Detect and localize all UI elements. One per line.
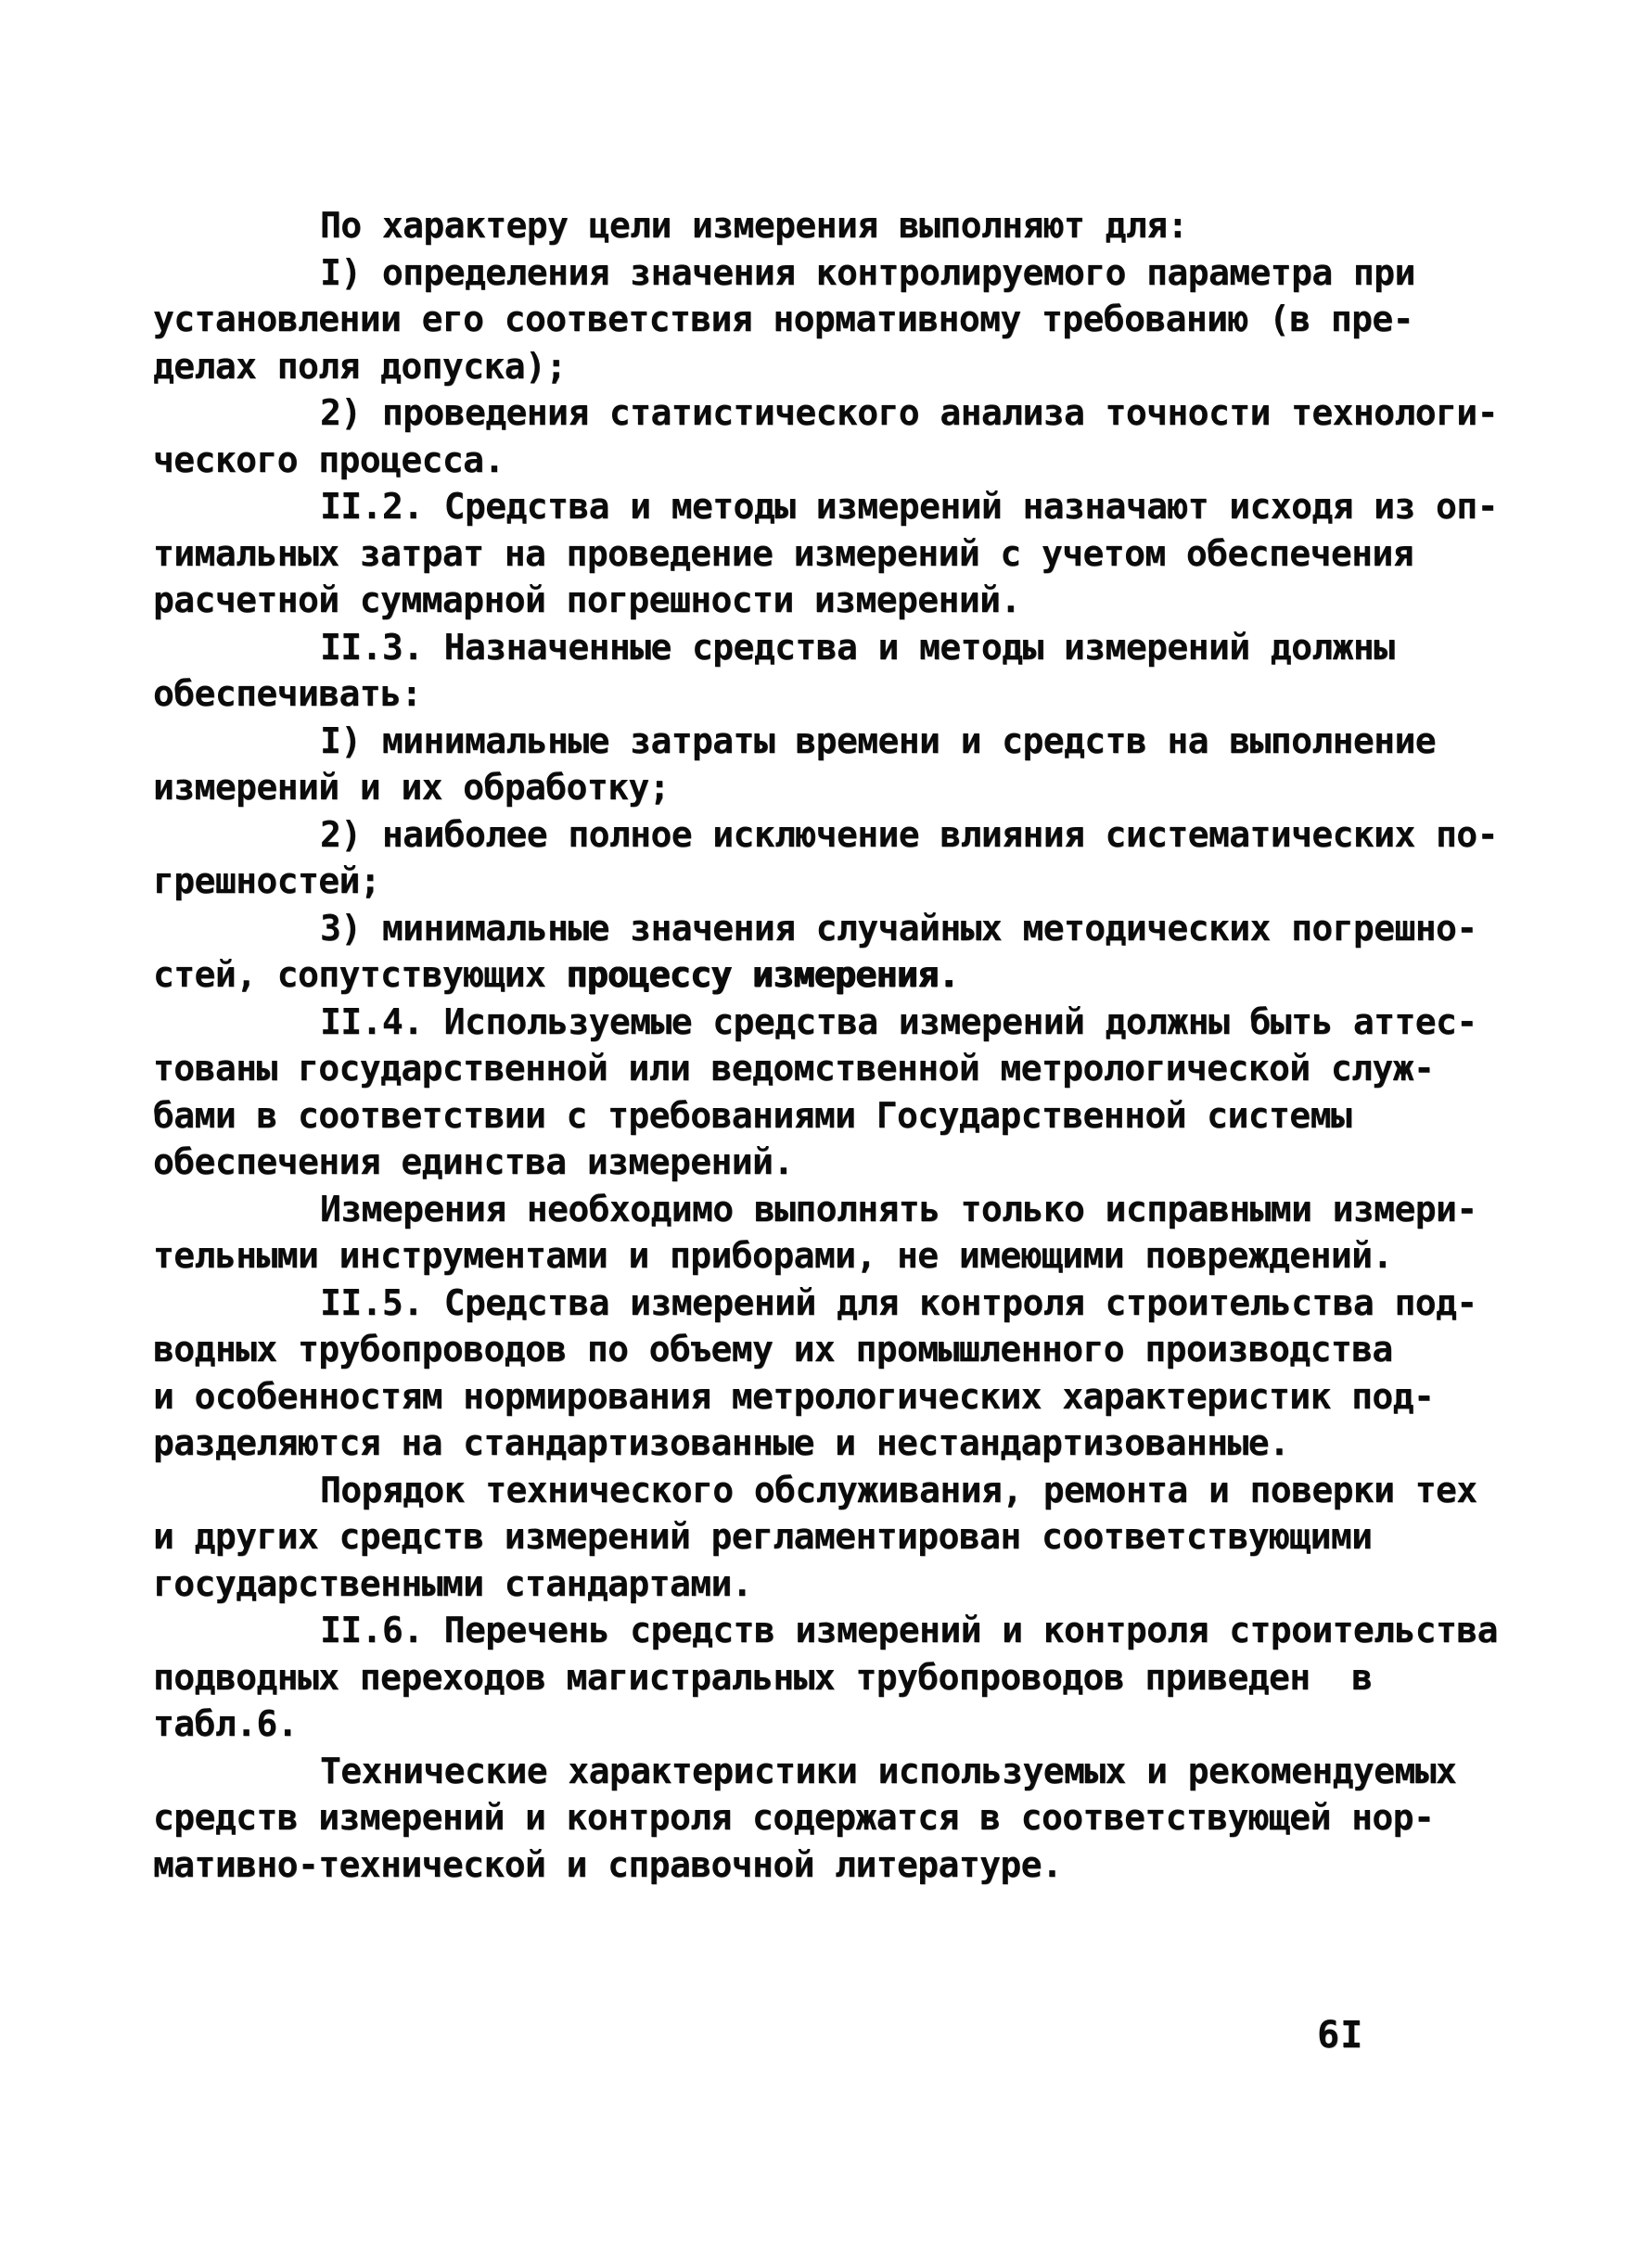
text-line-segment: Порядок технического обслуживания, ремон…	[320, 1470, 1477, 1510]
text-line-segment: тованы государственной или ведомственной…	[153, 1048, 1434, 1089]
text-line: II.4. Используемые средства измерений до…	[153, 999, 1593, 1046]
text-line: водных трубопроводов по объему их промыш…	[153, 1326, 1593, 1373]
text-line: I) минимальные затраты времени и средств…	[153, 718, 1593, 765]
text-lines: По характеру цели измерения выполняют дл…	[153, 202, 1593, 1888]
text-line: разделяются на стандартизованные и неста…	[153, 1420, 1593, 1467]
text-line: табл.6.	[153, 1701, 1593, 1748]
text-line-segment: установлении его соответствия нормативно…	[153, 299, 1413, 339]
text-line-segment: водных трубопроводов по объему их промыш…	[153, 1329, 1393, 1370]
text-line: I) определения значения контролируемого …	[153, 249, 1593, 297]
text-line-segment: стей, сопутствующих	[153, 954, 567, 995]
text-line: бами в соответствии с требованиями Госуд…	[153, 1092, 1593, 1140]
text-line: По характеру цели измерения выполняют дл…	[153, 202, 1593, 249]
text-line-segment: ческого процесса.	[153, 440, 505, 480]
text-line: тельными инструментами и приборами, не и…	[153, 1232, 1593, 1280]
text-line-segment: мативно-технической и справочной литерат…	[153, 1844, 1062, 1885]
text-line-segment: государственными стандартами.	[153, 1563, 752, 1604]
text-line-segment: расчетной суммарной погрешности измерени…	[153, 580, 1021, 620]
text-line: делах поля допуска);	[153, 343, 1593, 390]
text-line-segment: 2) наиболее полное исключение влияния си…	[320, 814, 1498, 855]
text-line-segment: обеспечивать:	[153, 673, 422, 714]
text-line-segment: II.6. Перечень средств измерений и контр…	[320, 1610, 1498, 1650]
text-line-segment: тимальных затрат на проведение измерений…	[153, 533, 1413, 574]
text-line: Порядок технического обслуживания, ремон…	[153, 1467, 1593, 1514]
text-line: Технические характеристики используемых …	[153, 1748, 1593, 1795]
text-line: ческого процесса.	[153, 437, 1593, 484]
text-line: тимальных затрат на проведение измерений…	[153, 530, 1593, 578]
text-line: расчетной суммарной погрешности измерени…	[153, 577, 1593, 624]
text-line: обеспечивать:	[153, 670, 1593, 718]
text-line-segment: 2) проведения статистического анализа то…	[320, 392, 1498, 433]
text-line-segment: II.2. Средства и методы измерений назнач…	[320, 486, 1498, 527]
text-line: II.3. Назначенные средства и методы изме…	[153, 624, 1593, 671]
text-line: установлении его соответствия нормативно…	[153, 296, 1593, 343]
text-line-segment: бами в соответствии с требованиями Госуд…	[153, 1095, 1351, 1136]
text-line: и особенностям нормирования метрологичес…	[153, 1373, 1593, 1421]
text-line: тованы государственной или ведомственной…	[153, 1045, 1593, 1092]
text-line: 2) проведения статистического анализа то…	[153, 389, 1593, 437]
text-line: подводных переходов магистральных трубоп…	[153, 1654, 1593, 1701]
text-line: обеспечения единства измерений.	[153, 1139, 1593, 1186]
text-line-segment: I) определения значения контролируемого …	[320, 252, 1415, 293]
text-line-segment: I) минимальные затраты времени и средств…	[320, 720, 1436, 761]
text-line-segment: тельными инструментами и приборами, не и…	[153, 1235, 1393, 1276]
text-line-segment: II.4. Используемые средства измерений до…	[320, 1001, 1477, 1042]
text-line-segment: подводных переходов магистральных трубоп…	[153, 1657, 1372, 1698]
text-line: средств измерений и контроля содержатся …	[153, 1794, 1593, 1841]
text-line: 2) наиболее полное исключение влияния си…	[153, 811, 1593, 859]
text-line: измерений и их обработку;	[153, 764, 1593, 811]
text-line-segment: и особенностям нормирования метрологичес…	[153, 1376, 1434, 1417]
text-line-segment: Технические характеристики используемых …	[320, 1751, 1456, 1791]
text-line-segment: По характеру цели измерения выполняют дл…	[320, 205, 1188, 246]
text-line: 3) минимальные значения случайных методи…	[153, 905, 1593, 952]
text-line-segment: и других средств измерений регламентиров…	[153, 1516, 1372, 1557]
text-line-bold-segment: процессу измерения.	[567, 954, 959, 995]
text-line-segment: обеспечения единства измерений.	[153, 1141, 794, 1182]
text-line: II.2. Средства и методы измерений назнач…	[153, 483, 1593, 530]
text-line-segment: Измерения необходимо выполнять только ис…	[320, 1189, 1477, 1230]
page-number: 6I	[1317, 2014, 1363, 2057]
text-line-segment: средств измерений и контроля содержатся …	[153, 1797, 1434, 1838]
text-line-segment: табл.6.	[153, 1703, 298, 1744]
text-line-segment: измерений и их обработку;	[153, 767, 670, 808]
text-line: Измерения необходимо выполнять только ис…	[153, 1186, 1593, 1233]
text-line-segment: 3) минимальные значения случайных методи…	[320, 908, 1477, 949]
text-line-segment: разделяются на стандартизованные и неста…	[153, 1422, 1289, 1463]
text-line: II.5. Средства измерений для контроля ст…	[153, 1280, 1593, 1327]
text-line: стей, сопутствующих процессу измерения.	[153, 951, 1593, 999]
text-line-segment: делах поля допуска);	[153, 346, 567, 387]
text-line-segment: II.5. Средства измерений для контроля ст…	[320, 1282, 1477, 1323]
text-line-segment: грешностей;	[153, 860, 380, 901]
text-line: грешностей;	[153, 858, 1593, 905]
text-line: государственными стандартами.	[153, 1561, 1593, 1608]
text-line-segment: II.3. Назначенные средства и методы изме…	[320, 627, 1394, 668]
text-line: мативно-технической и справочной литерат…	[153, 1841, 1593, 1889]
document-page: По характеру цели измерения выполняют дл…	[0, 0, 1649, 2268]
text-line: II.6. Перечень средств измерений и контр…	[153, 1607, 1593, 1654]
text-line: и других средств измерений регламентиров…	[153, 1513, 1593, 1561]
